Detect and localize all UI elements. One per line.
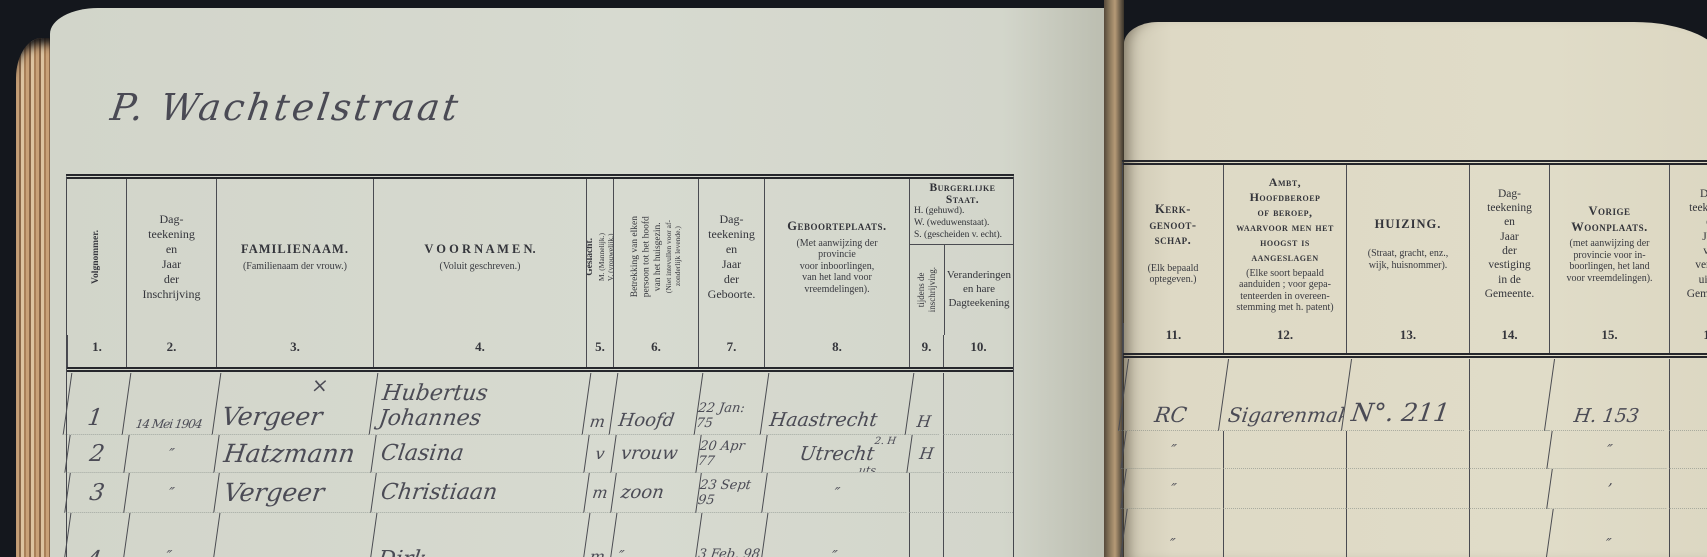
header-tijdens-inschrijving: tijdens de inschrijving. [910,245,945,335]
header-inschrijving-label: Dag- teekening en Jaar der Inschrijving [143,212,201,302]
entry-changes [943,473,1013,513]
register-table-right: Kerk- genoot- schap. (Elk bepaald optege… [1122,160,1707,557]
colnum-8: 8. [764,335,909,367]
header-geslacht-label: Geslacht. [586,238,597,276]
entry-date: ″ [123,435,218,473]
entry-birthplace: ″ [761,473,912,513]
header-familienaam: FAMILIENAAM. (Familienaam der vrouw.) [216,179,373,335]
header-geboorteplaats: Geboorteplaats. (Met aanwijzing der prov… [764,179,909,335]
header-vorige-woonplaats-label: Vorige Woonplaats. [1571,204,1647,235]
header-familienaam-label: FAMILIENAAM. [241,242,349,258]
entry-profession [1223,469,1346,509]
entry-first-names: Dirk [370,513,590,557]
header-betrekking-label: Betrekking van elken persoon tot het hoo… [630,216,664,297]
colnum-1: 1. [67,335,126,367]
entry-family-name [213,513,377,557]
header-kerkgenootschap-sub: (Elk bepaald optegeven.) [1148,263,1199,286]
header-vestiging-label: Dag- teekening en Jaar der vestiging in … [1485,187,1535,302]
entry-date: ″ [123,473,219,513]
entry-relation: vrouw [610,435,700,473]
entry-previous-residence: ″ [1545,509,1672,557]
entry-nr: 4 [64,513,130,557]
colnum-2: 2. [126,335,216,367]
entry-birth-date: 22 Jan: 75 [694,373,769,435]
entry-first-names: Hubertus Johannes [369,373,591,435]
burgerlijke-staat-box: Burgerlijke Staat. H. (gehuwd). W. (wedu… [910,179,1013,245]
entry-previous-residence: ’ [1546,469,1672,509]
header-beroep-sub: (Elke soort bepaald aanduiden ; voor gep… [1236,268,1333,314]
header-volgnommer-label: Volgnommer. [91,230,102,284]
colnum-15: 15. [1549,323,1669,353]
header-betrekking: Betrekking van elken persoon tot het hoo… [613,179,698,335]
entry-relation: Hoofd [609,373,703,435]
entry-settled-date [1469,469,1549,509]
entry-birthplace: ″ [761,513,913,557]
colnum-16: 16. [1669,323,1707,353]
colnum-14: 14. [1469,323,1549,353]
entry-housing [1346,431,1469,469]
colnum-13: 13. [1346,323,1469,353]
entry-church: ″ [1119,509,1226,557]
header-volgnommer: Volgnommer. [67,179,126,335]
header-huizing-sub: (Straat, gracht, enz., wijk, huisnommer)… [1368,248,1449,271]
burgerlijke-staat-lines: H. (gehuwd). W. (weduwenstaat). S. (gesc… [914,206,1011,242]
header-vestiging: Dag- teekening en Jaar der vestiging in … [1469,165,1549,323]
entry-settled-date [1469,359,1549,431]
header-kerkgenootschap: Kerk- genoot- schap. (Elk bepaald optege… [1123,165,1223,323]
colnum-10: 10. [943,335,1013,367]
entry-profession: Sigarenmaker [1218,359,1351,431]
entry-housing: N°. 211 [1341,359,1474,431]
entry-family-name: Hatzmann [213,435,375,473]
header-betrekking-sub: (Niet intevullen voor af- zonderlijk lev… [664,220,682,293]
header-geboorteplaats-label: Geboorteplaats. [787,219,886,235]
entry-nr: 2 [64,435,128,473]
birthplace-annotation-sup: 2. H [874,436,897,447]
entry-civil-status [909,513,943,557]
entry-birth-date: 3 Feb. 98 [695,513,768,557]
header-geslacht: Geslacht. M. (Mannelijk.) V. (vrouwelijk… [586,179,613,335]
register-table-left: Volgnommer. Dag- teekening en Jaar der I… [66,174,1014,557]
entry-settled-date [1469,509,1549,557]
header-geboortedatum: Dag- teekening en Jaar der Geboorte. [698,179,764,335]
colnum-11: 11. [1123,323,1223,353]
entry-settled-date [1469,431,1549,469]
entry-relation: zoon [610,473,701,513]
header-beroep-label: Ambt, Hoofdberoep of beroep, waarvoor me… [1225,175,1345,265]
entry-departure-date [1669,359,1707,431]
header-geboorteplaats-sub: (Met aanwijzing der provincie voor inboo… [796,238,877,296]
entry-birth-date: 20 Apr 77 [695,435,766,473]
entry-civil-status: H [905,373,948,435]
entry-previous-residence: H. 153 [1544,359,1674,431]
entry-changes [943,373,1013,435]
header-huizing: HUIZING. (Straat, gracht, enz., wijk, hu… [1346,165,1469,323]
entry-church: RC [1118,359,1228,431]
header-huizing-label: HUIZING. [1375,217,1442,233]
colnum-3: 3. [216,335,373,367]
header-vertrek-label: Dag- teekening en Jaar van vertrek uit d… [1687,187,1707,302]
entry-profession [1223,431,1346,469]
entry-birth-date: 23 Sept 95 [695,473,767,513]
entry-previous-residence: ″ [1546,431,1671,469]
colnum-4: 4. [373,335,586,367]
header-inschrijving: Dag- teekening en Jaar der Inschrijving [126,179,216,335]
x-mark: × [310,373,330,397]
header-familienaam-sub: (Familienaam der vrouw.) [243,261,347,273]
entry-family-name: Vergeer [213,473,376,513]
header-veranderingen-label: Veranderingen en hare Dagteekening [947,269,1011,310]
entry-nr: 1 [63,373,131,435]
entry-changes [943,513,1013,557]
right-page: Kerk- genoot- schap. (Elk bepaald optege… [1124,22,1707,557]
header-voornamen: V O O R N A M E N. (Voluit geschreven.) [373,179,586,335]
entry-church: ″ [1120,469,1226,509]
entry-church: ″ [1120,431,1225,469]
header-vertrek: Dag- teekening en Jaar van vertrek uit d… [1669,165,1707,323]
entry-departure-date [1669,469,1707,509]
entry-profession [1223,509,1346,557]
header-geboortedatum-label: Dag- teekening en Jaar der Geboorte. [708,212,756,302]
header-geslacht-sub: M. (Mannelijk.) V. (vrouwelijk.) [597,233,613,281]
colnum-5: 5. [586,335,613,367]
left-page: P. Wachtelstraat Volgnommer. Dag- teeken… [50,8,1108,557]
header-vorige-woonplaats-sub: (met aanwijzing der provincie voor in- b… [1566,238,1652,284]
header-veranderingen: Veranderingen en hare Dagteekening [945,245,1013,335]
entry-departure-date [1669,509,1707,557]
header-voornamen-sub: (Voluit geschreven.) [440,261,521,273]
birthplace-annotation-sub: uts [858,464,877,474]
entry-nr: 3 [64,473,129,513]
burgerlijke-staat-title: Burgerlijke Staat. [914,182,1011,206]
header-vorige-woonplaats: Vorige Woonplaats. (met aanwijzing der p… [1549,165,1669,323]
entry-civil-status [909,473,943,513]
page-title: P. Wachtelstraat [108,86,464,129]
header-group-burgerlijke-staat: Burgerlijke Staat. H. (gehuwd). W. (wedu… [909,179,1013,335]
colnum-9: 9. [909,335,943,367]
entry-date: ″ [123,513,220,557]
header-voornamen-label: V O O R N A M E N. [424,242,535,258]
colnum-6: 6. [613,335,698,367]
entry-birthplace: Utrecht2. Huts [761,435,911,473]
header-kerkgenootschap-label: Kerk- genoot- schap. [1149,202,1196,249]
entry-civil-status: H [906,435,945,473]
header-beroep: Ambt, Hoofdberoep of beroep, waarvoor me… [1223,165,1346,323]
entry-first-names: Christiaan [370,473,589,513]
entry-date: 14 Mei 1904 [122,373,221,435]
entry-housing [1346,469,1469,509]
colnum-12: 12. [1223,323,1346,353]
register-book-scan: P. Wachtelstraat Volgnommer. Dag- teeken… [0,0,1707,557]
entry-changes [943,435,1013,473]
entry-departure-date [1669,431,1707,469]
entry-relation: ″ [610,513,702,557]
colnum-7: 7. [698,335,764,367]
book-gutter [1104,0,1124,557]
entry-birthplace: Haastrecht [760,373,914,435]
entry-housing [1346,509,1469,557]
header-tijdens-inschrijving-label: tijdens de inschrijving. [916,267,938,312]
entry-family-name: × Vergeer [212,373,378,435]
entry-first-names: Clasina [370,435,588,473]
